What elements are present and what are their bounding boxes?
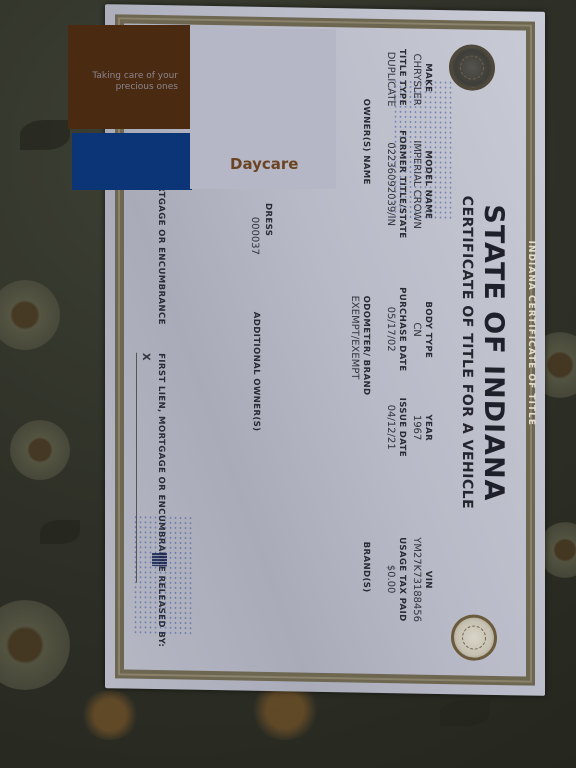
issue-date-value: 04/12/21 <box>385 405 396 450</box>
security-pattern <box>133 515 193 636</box>
model-name-value: IMPERIAL CROWN <box>411 140 422 229</box>
title-type-label: TITLE TYPE <box>397 49 407 106</box>
body-type-value: CN <box>411 322 422 337</box>
ad-brown-panel: Taking care of your precious ones <box>68 25 190 129</box>
flower-pattern <box>80 690 140 740</box>
former-title-label: FORMER TITLE/STATE <box>397 130 407 239</box>
flower-pattern <box>0 600 70 690</box>
document-subtitle: CERTIFICATE OF TITLE FOR A VEHICLE <box>459 40 475 664</box>
vin-label: VIN <box>423 571 433 589</box>
mortgage-label: RTGAGE OR ENCUMBRANCE <box>156 185 166 325</box>
model-name-label: MODEL NAME <box>423 150 433 219</box>
ad-tagline-line2: precious ones <box>92 82 178 93</box>
leaf-pattern <box>440 700 490 726</box>
border-banner: INDIANA CERTIFICATE OF TITLE <box>526 31 535 677</box>
ad-brand-name: Daycare <box>230 155 298 173</box>
usage-tax-value: $0.00 <box>385 565 396 594</box>
leaf-pattern <box>40 520 80 544</box>
signature-mark: X <box>140 353 151 361</box>
former-title-value: 02236092039/IN <box>385 142 396 226</box>
purchase-date-label: PURCHASE DATE <box>397 287 407 371</box>
odometer-brand-value: EXEMPT/EXEMPT <box>349 295 360 379</box>
address-value: 000037 <box>249 217 260 255</box>
daycare-ad-card[interactable]: Taking care of your precious ones Daycar… <box>68 25 338 187</box>
purchase-date-value: 05/17/02 <box>385 307 396 352</box>
vin-value: YM27K73188456 <box>411 537 422 622</box>
document-title: STATE OF INDIANA <box>478 41 509 666</box>
ad-blue-panel <box>72 133 192 190</box>
flower-pattern <box>0 280 60 350</box>
owners-name-label: OWNER(S) NAME <box>361 99 371 185</box>
barcode-icon <box>152 553 167 566</box>
body-type-label: BODY TYPE <box>423 301 433 358</box>
flower-pattern <box>10 420 70 480</box>
additional-owners-label: ADDITIONAL OWNER(S) <box>251 312 261 432</box>
ad-tagline-line1: Taking care of your <box>92 71 178 82</box>
year-value: 1967 <box>411 415 422 441</box>
address-label: DRESS <box>263 203 273 236</box>
make-value: CHRYSLER <box>411 53 422 105</box>
issue-date-label: ISSUE DATE <box>397 398 407 457</box>
brands-label: BRAND(S) <box>361 542 371 593</box>
make-label: MAKE <box>423 63 433 92</box>
ad-tagline: Taking care of your precious ones <box>92 71 178 93</box>
year-label: YEAR <box>423 414 433 441</box>
usage-tax-label: USAGE TAX PAID <box>397 537 407 622</box>
odometer-brand-label: ODOMETER/ BRAND <box>361 296 371 396</box>
ad-white-panel: Daycare <box>190 29 336 189</box>
leaf-pattern <box>20 120 70 150</box>
title-type-value: DUPLICATE <box>385 52 396 107</box>
